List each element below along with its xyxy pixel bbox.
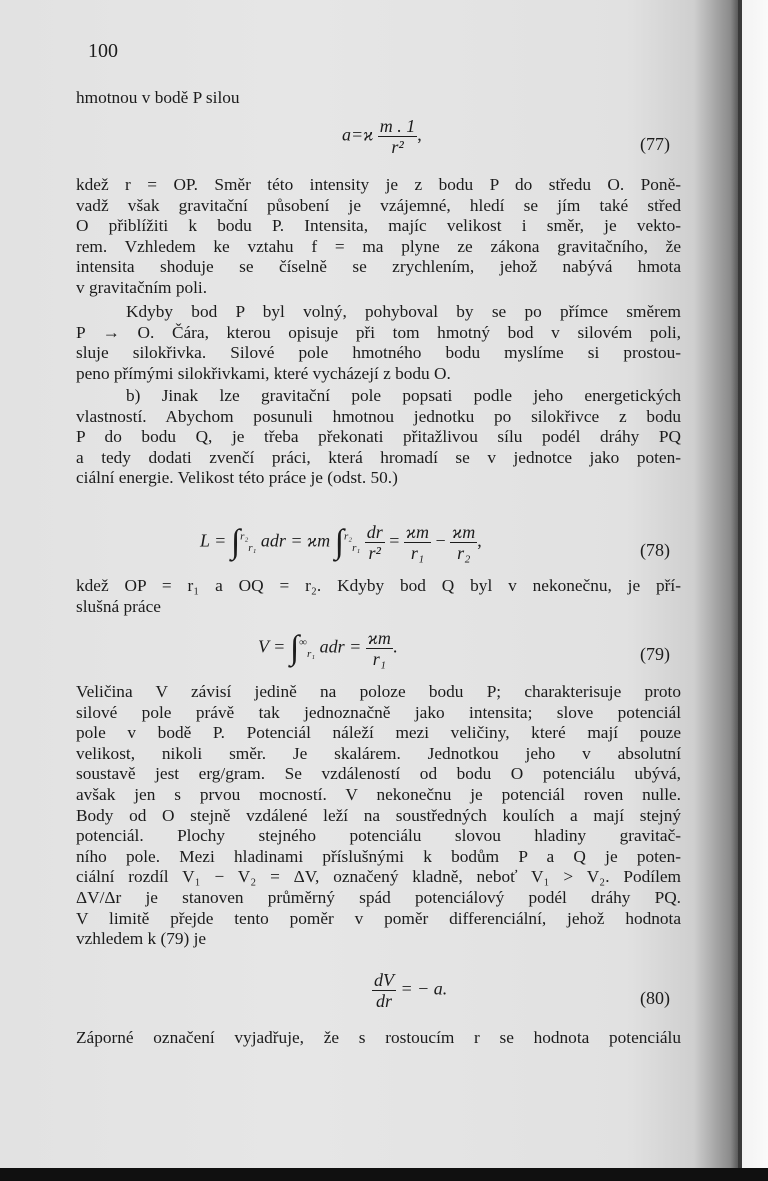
equation-78: L = ∫r₂r₁ adr = ϰm ∫r₂r₁ drr² = ϰmr₁ − ϰ… — [200, 522, 482, 563]
equation-number-79: (79) — [640, 644, 670, 665]
paragraph-energy: b) Jinak lze gravitační pole popsati pod… — [76, 386, 681, 489]
equation-80: dVdr = − a. — [372, 970, 447, 1011]
text-line: hmotnou v bodě P silou — [76, 88, 681, 109]
equation-77: a=ϰ m . 1r², — [342, 116, 422, 157]
equation-79: V = ∫∞r₁ adr = ϰmr₁. — [258, 628, 397, 669]
equation-number-80: (80) — [640, 988, 670, 1009]
paragraph-negative-sign: Záporné označení vyjadřuje, že s rostouc… — [76, 1028, 681, 1049]
equation-number-78: (78) — [640, 540, 670, 561]
paragraph-intensity: kdež r = OP. Směr této intensity je z bo… — [76, 175, 681, 299]
equation-number-77: (77) — [640, 134, 670, 155]
paragraph-potential: Veličina V závisí jedině na poloze bodu … — [76, 682, 681, 950]
integral-sign: ∫ — [335, 524, 344, 561]
page-number: 100 — [88, 40, 118, 63]
facing-page-edge — [742, 0, 768, 1170]
integral-sign: ∫ — [290, 630, 299, 667]
paragraph-field-lines: Kdyby bod P byl volný, pohyboval by se p… — [76, 302, 681, 384]
scan-bottom-edge — [0, 1168, 768, 1181]
intro-line: hmotnou v bodě P silou — [76, 88, 681, 109]
integral-sign: ∫ — [231, 524, 240, 561]
paragraph-infinity: kdež OP = r₁ a OQ = r₂. Kdyby bod Q byl … — [76, 576, 681, 617]
